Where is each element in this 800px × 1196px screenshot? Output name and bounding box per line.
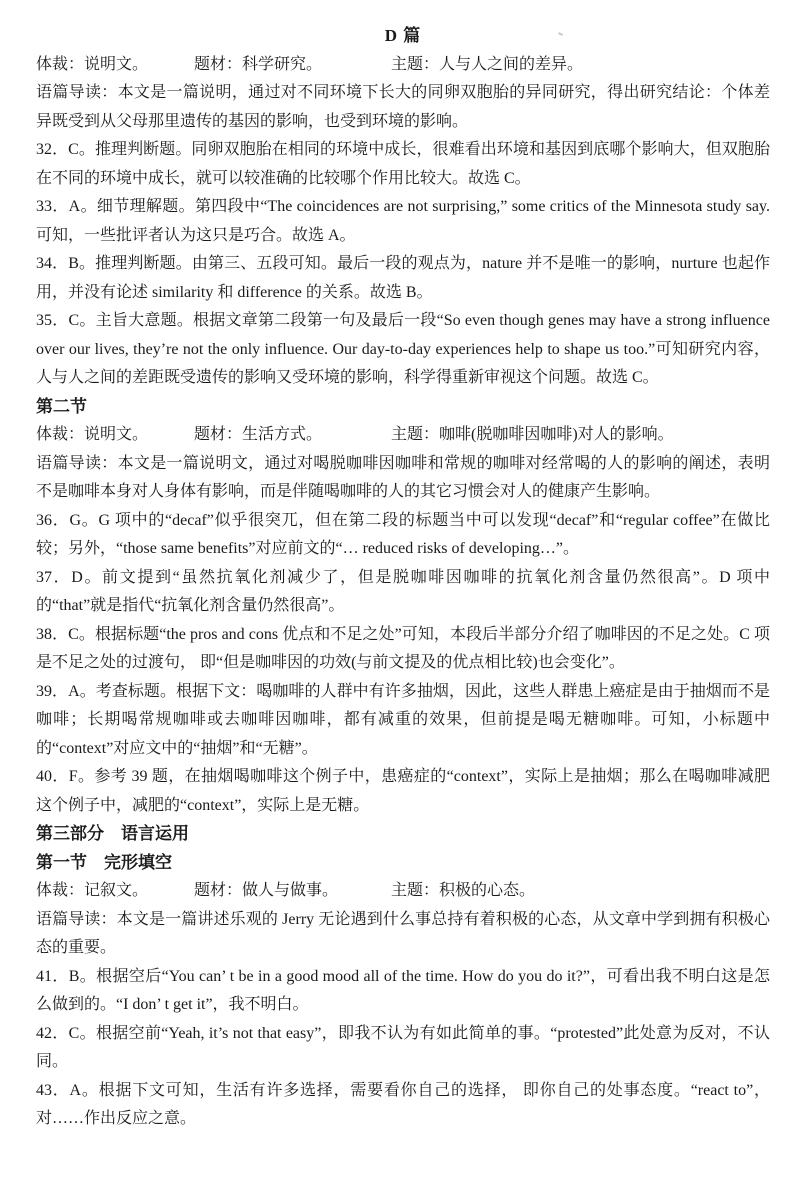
- meta-material: 题材：做人与做事。: [194, 877, 387, 906]
- meta-theme: 主题：咖啡(脱咖啡因咖啡)对人的影响。: [391, 426, 674, 443]
- meta-theme: 主题：人与人之间的差异。: [391, 56, 583, 73]
- meta-genre: 体裁：记叙文。: [36, 877, 190, 906]
- section2-heading: 第二节: [36, 393, 770, 422]
- passage-d-title: D 篇: [36, 22, 770, 51]
- answer-item-38: 38．C。根据标题“the pros and cons 优点和不足之处”可知，本…: [36, 621, 770, 678]
- answer-item-35: 35．C。主旨大意题。根据文章第二段第一句及最后一段“So even thoug…: [36, 307, 770, 393]
- document-page: D 篇 体裁：说明文。 题材：科学研究。 主题：人与人之间的差异。 语篇导读：本…: [0, 0, 800, 1134]
- meta-material: 题材：生活方式。: [194, 421, 387, 450]
- part3-meta: 体裁：记叙文。 题材：做人与做事。 主题：积极的心态。: [36, 877, 770, 906]
- meta-theme: 主题：积极的心态。: [391, 882, 535, 899]
- answer-item-39: 39．A。考查标题。根据下文：喝咖啡的人群中有许多抽烟，因此，这些人群患上癌症是…: [36, 678, 770, 764]
- answer-item-40: 40．F。参考 39 题，在抽烟喝咖啡这个例子中，患癌症的“context”，实…: [36, 763, 770, 820]
- part3-section1-heading: 第一节 完形填空: [36, 849, 770, 878]
- answer-item-41: 41．B。根据空后“You can’ t be in a good mood a…: [36, 963, 770, 1020]
- passage-d-intro: 语篇导读：本文是一篇说明，通过对不同环境下长大的同卵双胞胎的异同研究，得出研究结…: [36, 79, 770, 136]
- answer-item-43: 43．A。根据下文可知，生活有许多选择，需要看你自己的选择， 即你自己的处事态度…: [36, 1077, 770, 1134]
- answer-item-36: 36．G。G 项中的“decaf”似乎很突兀，但在第二段的标题当中可以发现“de…: [36, 507, 770, 564]
- part3-intro: 语篇导读：本文是一篇讲述乐观的 Jerry 无论遇到什么事总持有着积极的心态，从…: [36, 906, 770, 963]
- part3-heading: 第三部分 语言运用: [36, 820, 770, 849]
- meta-material: 题材：科学研究。: [194, 51, 387, 80]
- answer-item-34: 34．B。推理判断题。由第三、五段可知。最后一段的观点为，nature 并不是唯…: [36, 250, 770, 307]
- meta-genre: 体裁：说明文。: [36, 421, 190, 450]
- answer-item-42: 42．C。根据空前“Yeah, it’s not that easy”，即我不认…: [36, 1020, 770, 1077]
- passage-d-meta: 体裁：说明文。 题材：科学研究。 主题：人与人之间的差异。: [36, 51, 770, 80]
- answer-item-33: 33．A。细节理解题。第四段中“The coincidences are not…: [36, 193, 770, 250]
- answer-item-32: 32．C。推理判断题。同卵双胞胎在相同的环境中成长，很难看出环境和基因到底哪个影…: [36, 136, 770, 193]
- section2-intro: 语篇导读：本文是一篇说明文，通过对喝脱咖啡因咖啡和常规的咖啡对经常喝的人的影响的…: [36, 450, 770, 507]
- answer-item-37: 37．D。前文提到“虽然抗氧化剂减少了，但是脱咖啡因咖啡的抗氧化剂含量仍然很高”…: [36, 564, 770, 621]
- section2-meta: 体裁：说明文。 题材：生活方式。 主题：咖啡(脱咖啡因咖啡)对人的影响。: [36, 421, 770, 450]
- meta-genre: 体裁：说明文。: [36, 51, 190, 80]
